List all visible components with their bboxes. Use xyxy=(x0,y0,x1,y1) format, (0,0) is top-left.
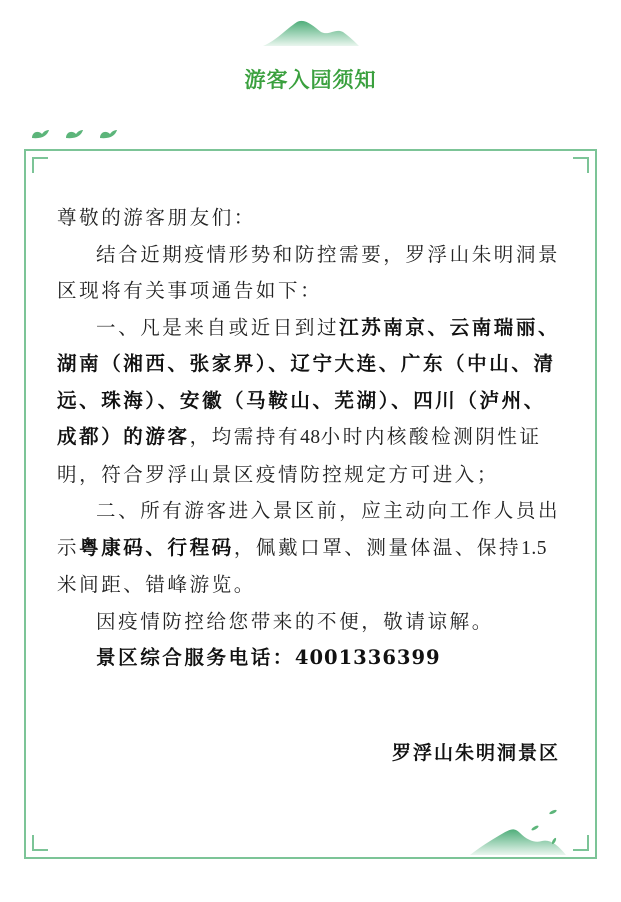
leaf-icon xyxy=(30,128,50,140)
item-2: 二、所有游客进入景区前，应主动向工作人员出示粤康码、行程码，佩戴口罩、测量体温、… xyxy=(57,493,567,604)
frame-corner xyxy=(573,157,589,173)
leaf-icon xyxy=(64,128,84,140)
item-2-codes: 粤康码、行程码 xyxy=(79,536,234,559)
item-1-prefix: 一、凡是来自或近日到过 xyxy=(96,316,339,339)
greeting: 尊敬的游客朋友们： xyxy=(57,200,567,237)
phone-number[interactable]: 4001336399 xyxy=(295,646,441,669)
service-phone: 景区综合服务电话：4001336399 xyxy=(57,640,567,677)
apology: 因疫情防控给您带来的不便，敬请谅解。 xyxy=(57,604,567,641)
leaf-decoration xyxy=(30,128,118,140)
signature: 罗浮山朱明洞景区 xyxy=(0,738,560,765)
item-1-hours: 48 xyxy=(300,427,321,448)
phone-label: 景区综合服务电话： xyxy=(96,646,295,669)
intro-paragraph: 结合近期疫情形势和防控需要，罗浮山朱明洞景区现将有关事项通告如下： xyxy=(57,237,567,310)
mountain-decoration-icon xyxy=(470,795,580,857)
item-2-mid: ，佩戴口罩、测量体温、保持 xyxy=(234,536,521,559)
leaf-icon xyxy=(98,128,118,140)
page-title: 游客入园须知 xyxy=(0,64,621,94)
item-1: 一、凡是来自或近日到过江苏南京、云南瑞丽、湖南（湘西、张家界）、辽宁大连、广东（… xyxy=(57,310,567,494)
item-2-distance: 1.5 xyxy=(521,538,547,559)
frame-corner xyxy=(32,835,48,851)
frame-corner xyxy=(32,157,48,173)
item-1-mid: ，均需持有 xyxy=(190,425,301,448)
mountain-decoration-icon xyxy=(263,18,359,48)
item-2-suffix: 米间距、错峰游览。 xyxy=(57,573,256,596)
notice-body: 尊敬的游客朋友们： 结合近期疫情形势和防控需要，罗浮山朱明洞景区现将有关事项通告… xyxy=(57,200,567,677)
